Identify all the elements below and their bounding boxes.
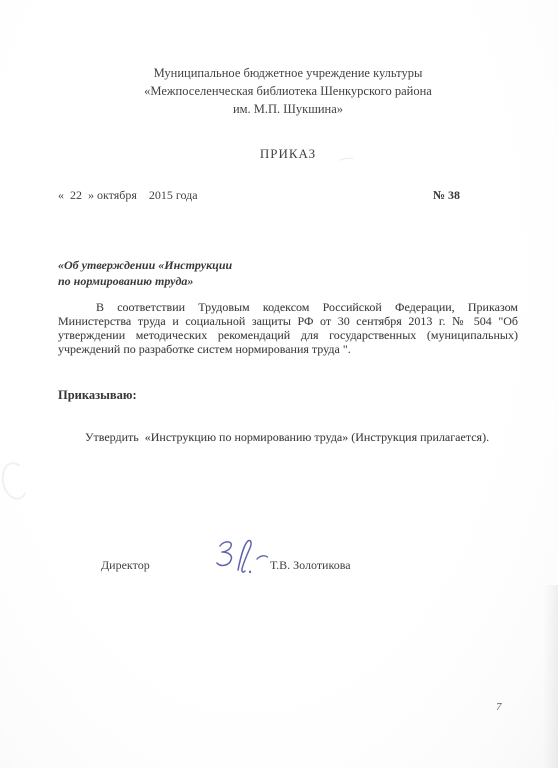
document-type-title: ПРИКАЗ	[58, 146, 518, 162]
subject-heading: «Об утверждении «Инструкции по нормирова…	[58, 257, 518, 289]
scan-smudge-left	[0, 460, 32, 503]
org-name-line2: «Межпоселенческая библиотека Шенкурского…	[58, 82, 518, 100]
subject-line1: «Об утверждении «Инструкции	[58, 257, 518, 273]
subject-line2: по нормированию труда»	[58, 273, 518, 289]
date-number-row: « 22 » октября 2015 года № 38	[58, 188, 518, 203]
order-word: Приказываю:	[58, 388, 518, 403]
scan-edge-shadow	[543, 585, 558, 768]
document-date: « 22 » октября 2015 года	[58, 188, 198, 203]
signature-ink	[210, 536, 270, 576]
org-name-line1: Муниципальное бюджетное учреждение культ…	[58, 64, 518, 82]
signatory-role: Директор	[101, 558, 150, 573]
order-item-text: Утвердить «Инструкцию по нормированию тр…	[58, 430, 518, 444]
page-number: 7	[496, 701, 502, 713]
scanned-document-page: Муниципальное бюджетное учреждение культ…	[0, 0, 558, 768]
org-name-line3: им. М.П. Шукшина»	[58, 100, 518, 118]
preamble-paragraph: В соответствии Трудовым кодексом Российс…	[58, 300, 518, 356]
document-number: № 38	[433, 188, 518, 203]
signatory-name: Т.В. Золотикова	[270, 558, 351, 573]
org-header: Муниципальное бюджетное учреждение культ…	[58, 64, 518, 118]
